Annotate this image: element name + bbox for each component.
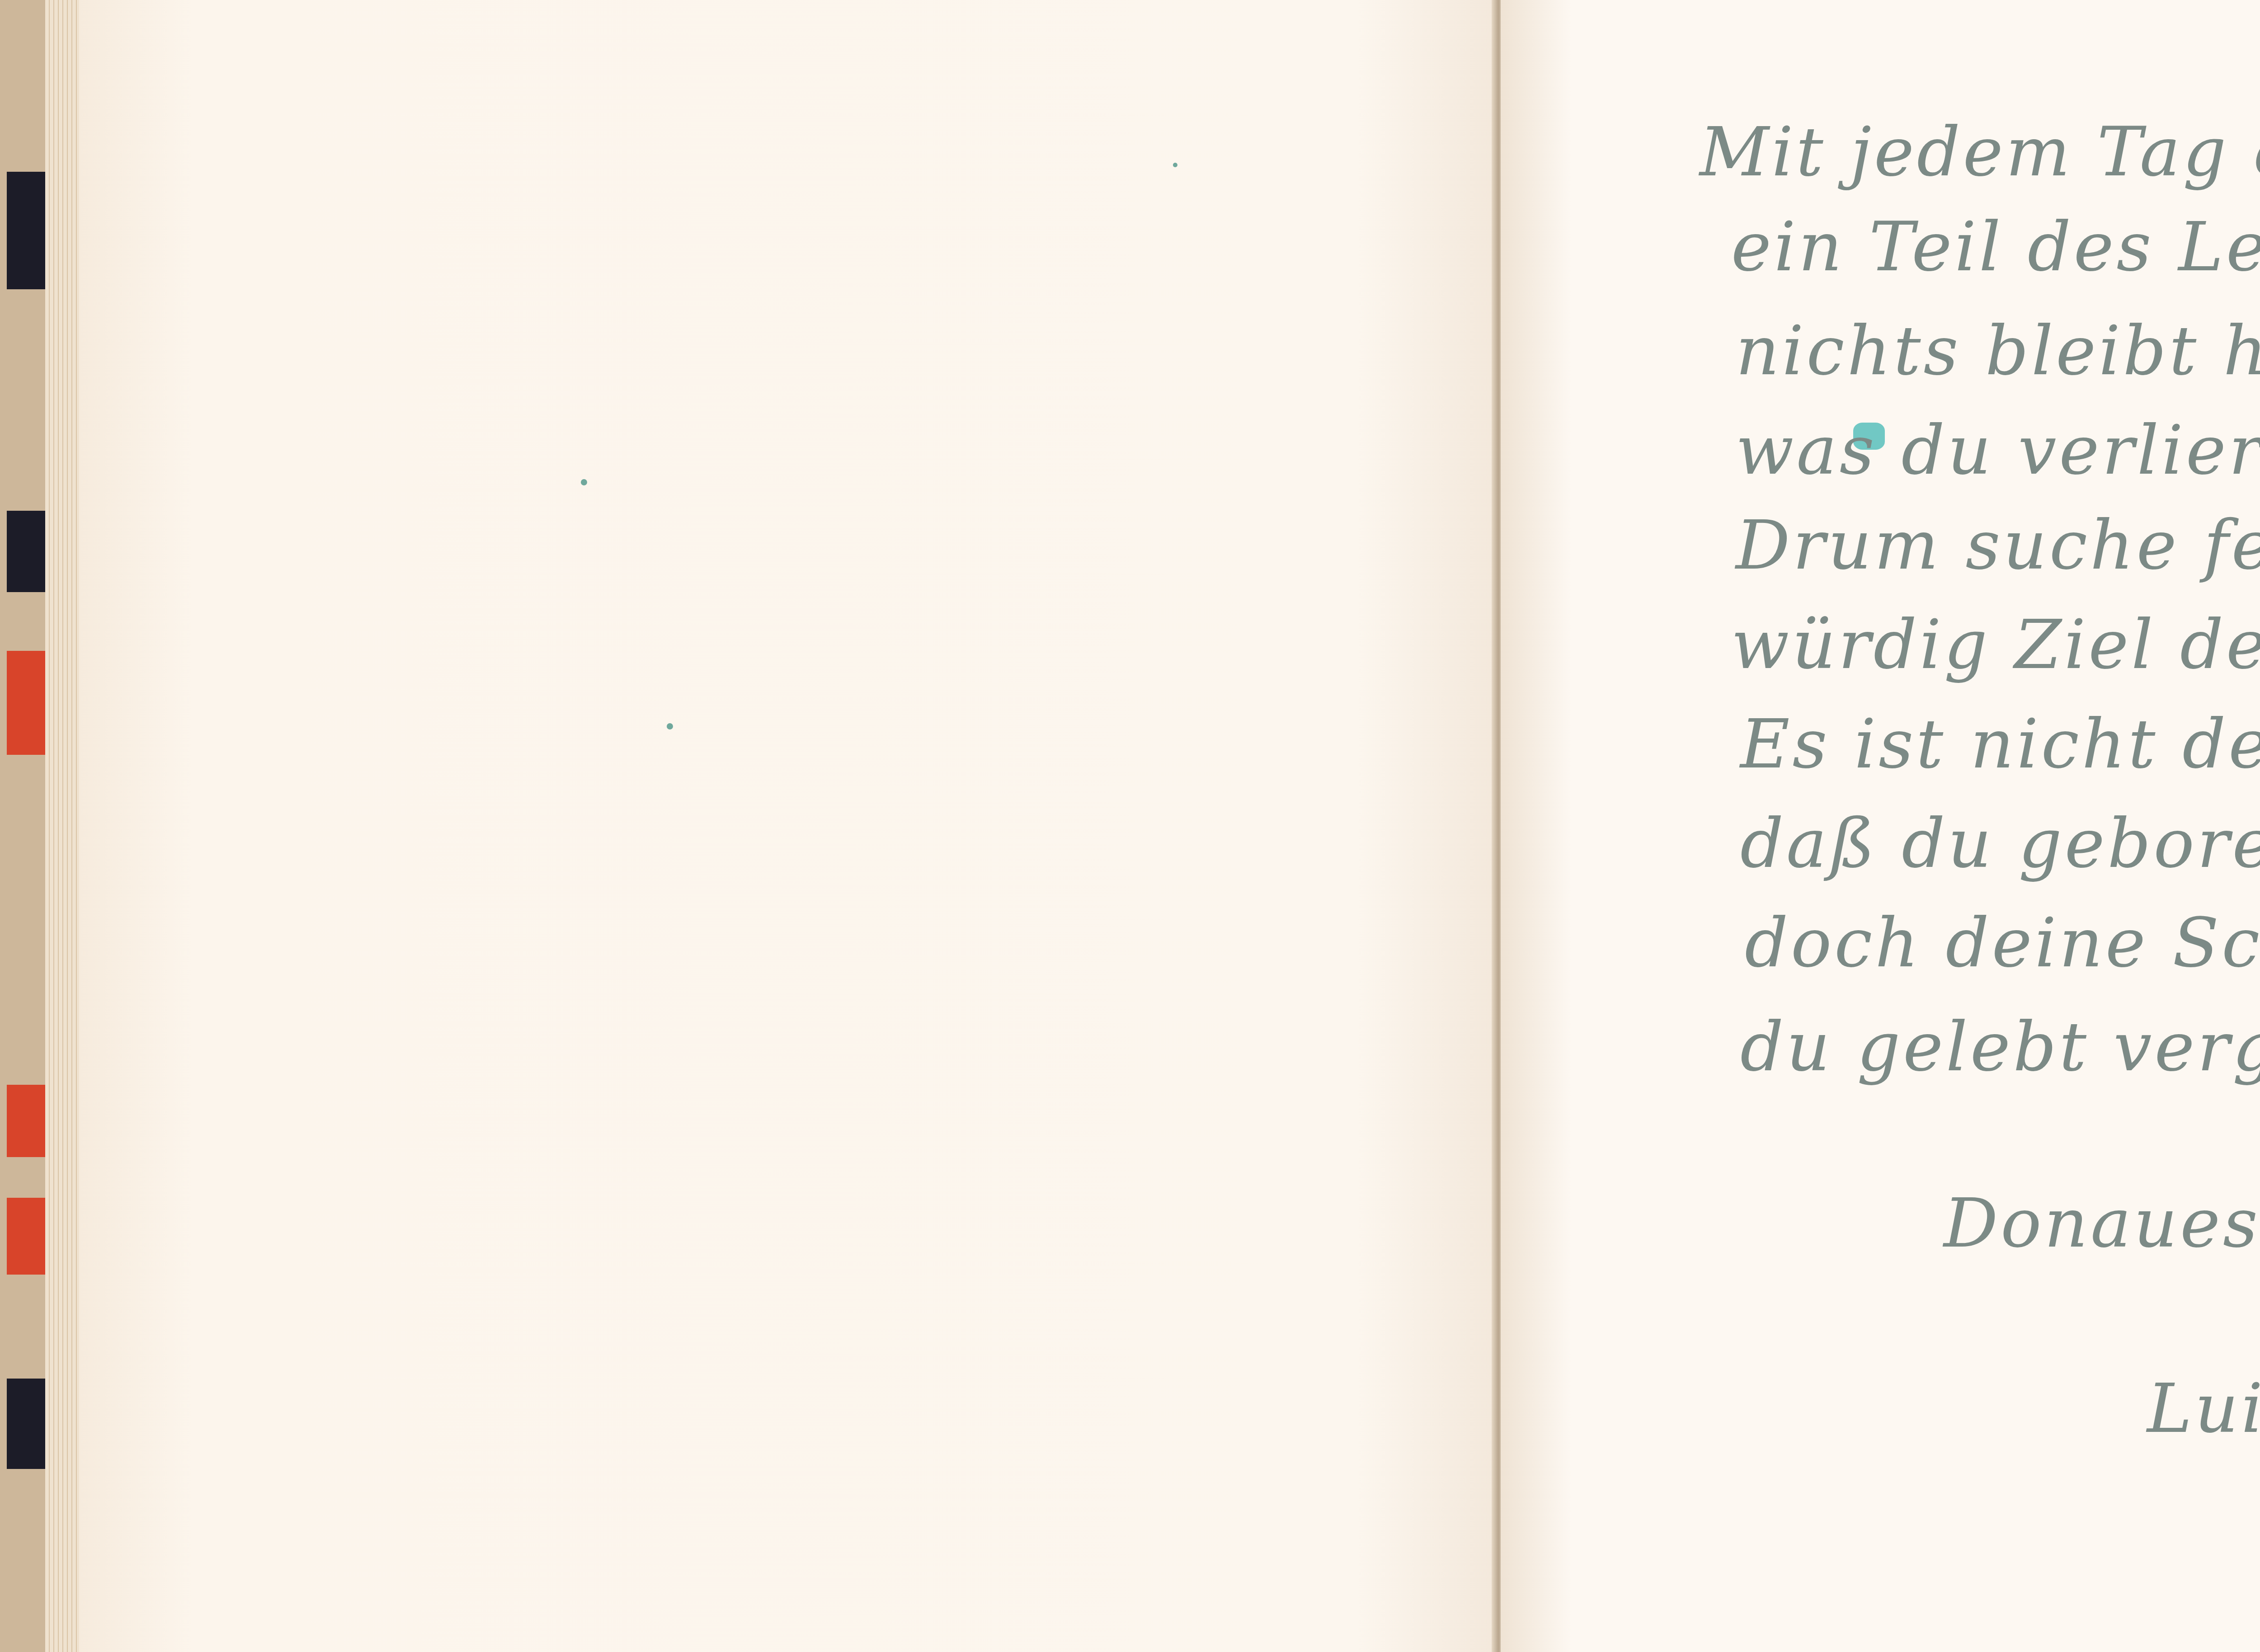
signature: Luise Gebhardt — [2147, 1370, 2260, 1448]
spine-stripe-dark — [7, 511, 45, 592]
spine-stripe-red — [7, 1198, 45, 1275]
verse-line: daß du geboren, — [1740, 805, 2260, 883]
ink-fleck — [667, 723, 673, 730]
verse-line: du gelebt vergebens. — [1740, 1008, 2260, 1087]
page-edges — [45, 0, 79, 1652]
verse-line: Es ist nicht deine Schuld, — [1740, 705, 2260, 784]
verse-line: würdig Ziel des Lebens. — [1731, 606, 2260, 684]
ink-fleck — [581, 479, 587, 485]
spine-stripe-red — [7, 1085, 45, 1157]
spine-stripe-dark — [7, 172, 45, 289]
spine-stripe-red — [7, 651, 45, 755]
verse-line: nichts bleibt hiervon für dich, — [1736, 312, 2260, 391]
verse-line: was du verlierst! — [1736, 411, 2260, 490]
ink-fleck — [1173, 163, 1177, 167]
spine-stripe-dark — [7, 1379, 45, 1469]
left-page — [79, 0, 1498, 1652]
place-date: Donaueschingen, d. 16.8.42 — [1944, 1184, 2260, 1263]
verse-line: Mit jedem Tag entflieht — [1700, 113, 2260, 192]
verse-line: Drum suche fest ein — [1736, 506, 2260, 585]
book-spine — [0, 0, 45, 1652]
verse-line: doch deine Schuld, wenn — [1745, 904, 2260, 983]
verse-line: ein Teil des Lebens — [1731, 208, 2260, 287]
